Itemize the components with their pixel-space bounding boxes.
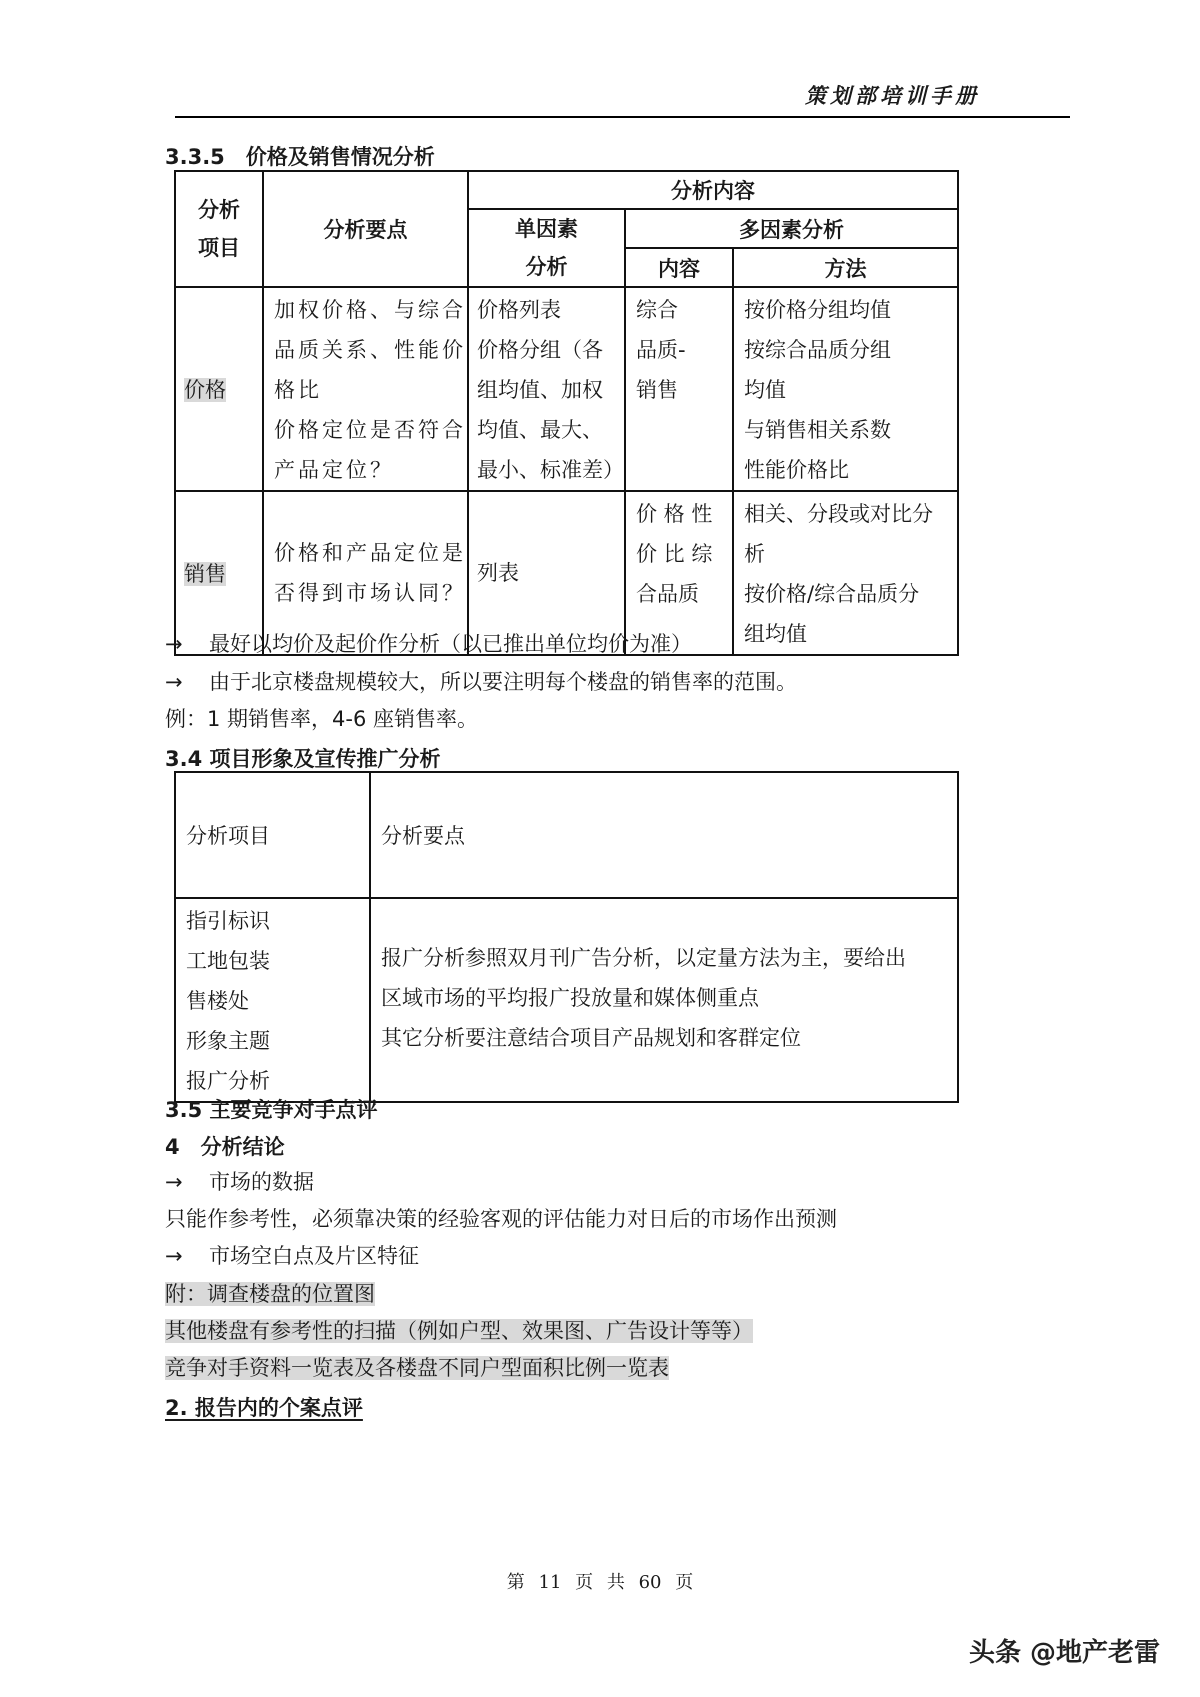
header-points: 分析要点	[370, 772, 958, 898]
row-multi-content-price: 综合 品质- 销售	[625, 287, 733, 491]
header-analysis-points: 分析要点	[263, 171, 468, 287]
items-list: 指引标识 工地包装 售楼处 形象主题 报广分析	[175, 898, 370, 1102]
row-multi-method-price: 按价格分组均值 按综合品质分组 均值 与销售相关系数 性能价格比	[733, 287, 958, 491]
appendix-competitor-list: 竞争对手资料一览表及各楼盘不同户型面积比例一览表	[165, 1354, 669, 1382]
section-heading-4: 4 分析结论	[165, 1131, 285, 1161]
appendix-scans: 其他楼盘有参考性的扫描（例如户型、效果图、广告设计等等）	[165, 1317, 753, 1345]
conclusion-market-gaps: →市场空白点及片区特征	[165, 1242, 419, 1270]
promotion-analysis-table: 分析项目 分析要点 指引标识 工地包装 售楼处 形象主题 报广分析 报广分析参照…	[174, 771, 959, 1103]
row-single-price: 价格列表 价格分组（各 组均值、加权 均值、最大、 最小、标准差）	[468, 287, 625, 491]
arrow-icon: →	[165, 668, 209, 696]
document-header-title: 策划部培训手册	[805, 80, 980, 110]
header-analysis-item: 分析 项目	[175, 171, 263, 287]
price-sales-table: 分析 项目 分析要点 分析内容 单因素 分析 多因素分析 内容 方法 价格 加权…	[174, 170, 959, 656]
header-analysis-content: 分析内容	[468, 171, 958, 209]
section-heading-34: 3.4 项目形象及宣传推广分析	[165, 743, 441, 773]
header-rule	[175, 116, 1070, 118]
page-number: 第 11 页 共 60 页	[0, 1568, 1200, 1594]
note-sales-rate-range: →由于北京楼盘规模较大，所以要注明每个楼盘的销售率的范围。	[165, 668, 797, 696]
section-heading-35: 3.5 主要竞争对手点评	[165, 1094, 378, 1124]
row-item-price: 价格	[184, 378, 226, 402]
header-item: 分析项目	[175, 772, 370, 898]
header-multi-factor: 多因素分析	[625, 209, 958, 248]
header-multi-method: 方法	[733, 248, 958, 287]
points-text: 报广分析参照双月刊广告分析，以定量方法为主，要给出 区域市场的平均报广投放量和媒…	[370, 898, 958, 1102]
header-multi-content: 内容	[625, 248, 733, 287]
example-text: 例：1 期销售率，4-6 座销售率。	[165, 705, 478, 733]
note-average-price: →最好以均价及起价作分析（以已推出单位均价为准）	[165, 630, 692, 658]
arrow-icon: →	[165, 1168, 209, 1196]
arrow-icon: →	[165, 630, 209, 658]
appendix-location-map: 附：调查楼盘的位置图	[165, 1280, 375, 1308]
header-single-factor: 单因素 分析	[468, 209, 625, 287]
section-heading-335: 3.3.5 价格及销售情况分析	[165, 141, 435, 171]
row-multi-method-sales: 相关、分段或对比分 析 按价格/综合品质分 组均值	[733, 491, 958, 655]
watermark: 头条 @地产老雷	[969, 1632, 1160, 1669]
conclusion-reference-note: 只能作参考性，必须靠决策的经验客观的评估能力对日后的市场作出预测	[165, 1205, 837, 1233]
arrow-icon: →	[165, 1242, 209, 1270]
table-row-price: 价格 加权价格、与综合 品质关系、性能价 格比 价格定位是否符合 产品定位？ 价…	[175, 287, 958, 491]
conclusion-market-data: →市场的数据	[165, 1168, 314, 1196]
row-points-price: 加权价格、与综合 品质关系、性能价 格比 价格定位是否符合 产品定位？	[263, 287, 468, 491]
row-item-sales: 销售	[184, 562, 226, 586]
section-heading-2: 2. 报告内的个案点评	[165, 1392, 363, 1422]
